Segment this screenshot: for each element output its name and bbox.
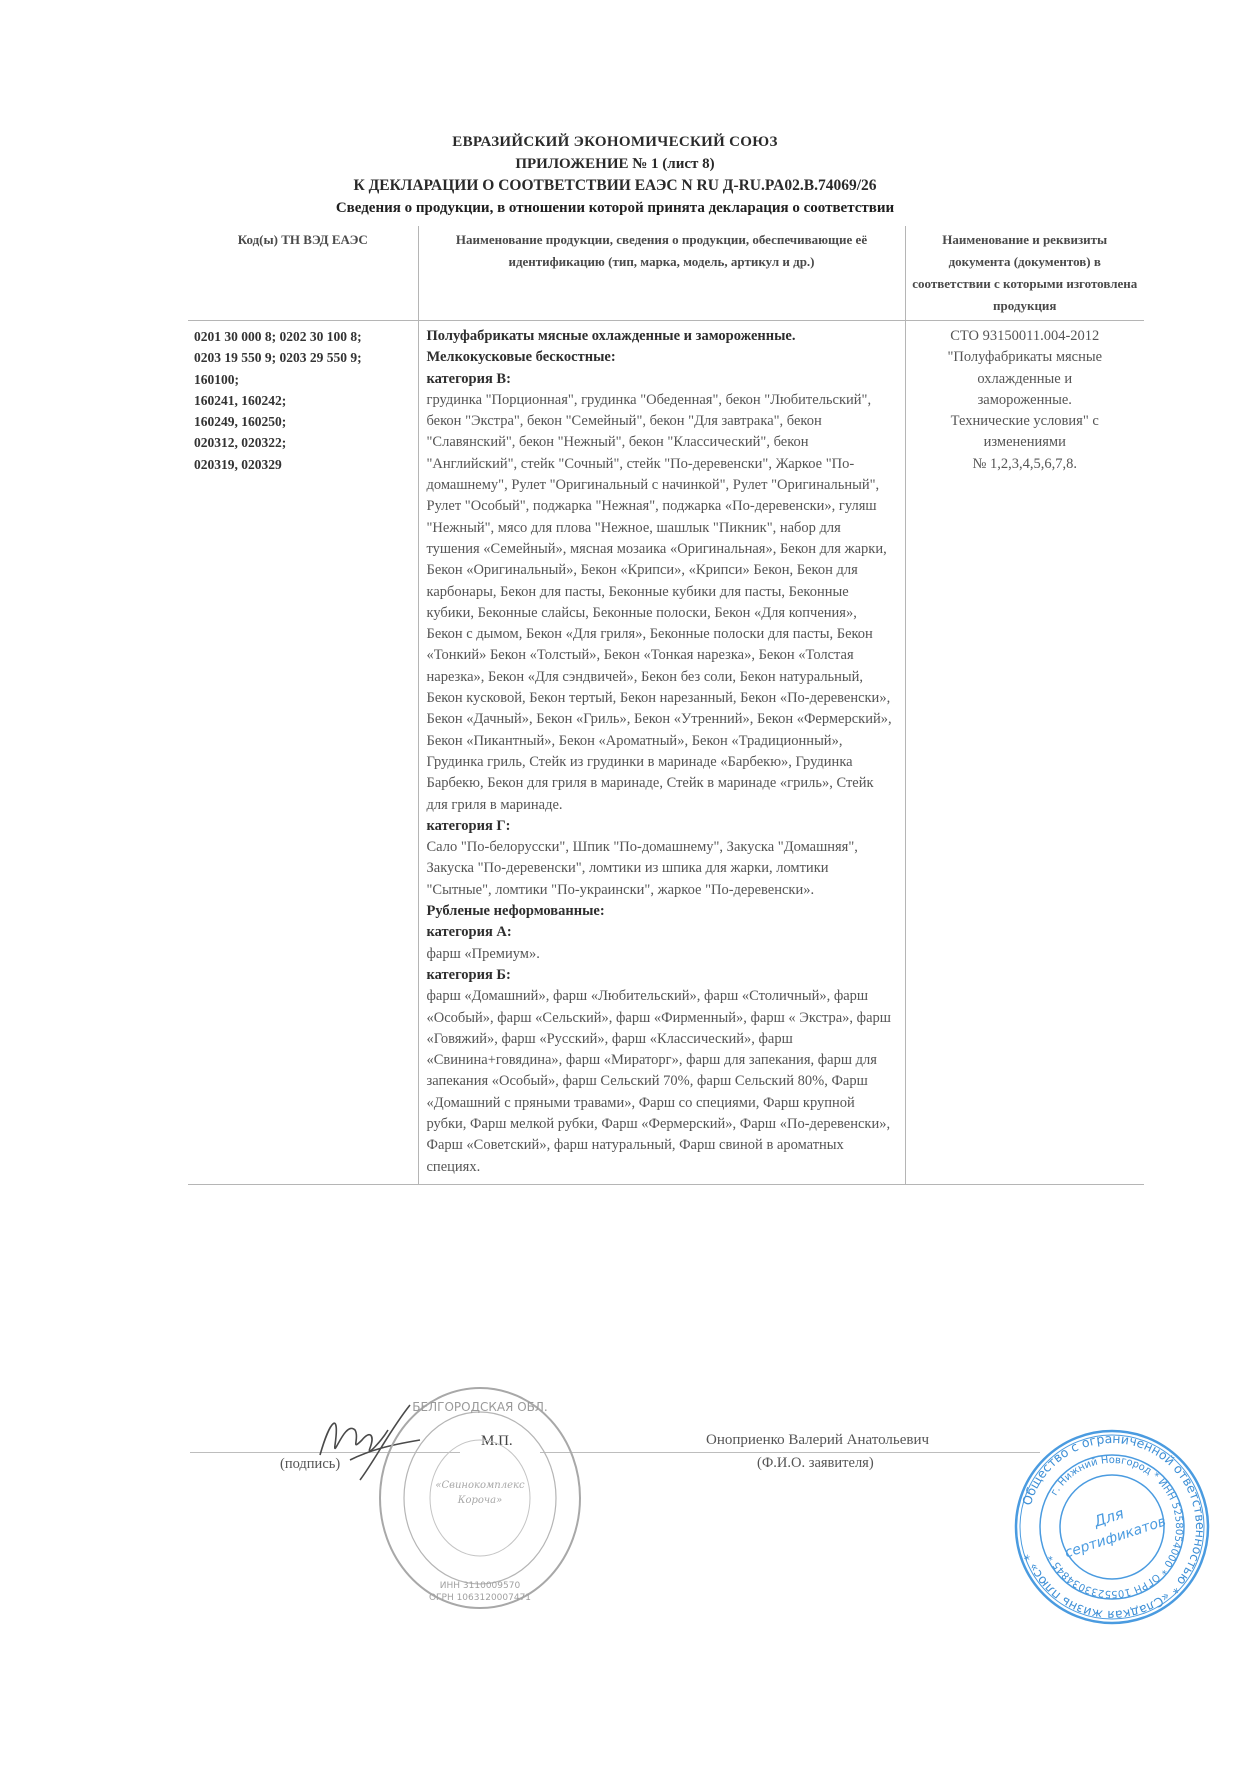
applicant-caption: (Ф.И.О. заявителя) xyxy=(757,1455,874,1472)
standard-line: замороженные. xyxy=(912,390,1139,411)
products-table: Код(ы) ТН ВЭД ЕАЭС Наименование продукци… xyxy=(188,226,1144,1185)
standard-line: изменениями xyxy=(912,432,1139,453)
column-header-product: Наименование продукции, сведения о проду… xyxy=(418,226,905,321)
category-items: грудинка "Порционная", грудинка "Обеденн… xyxy=(427,390,897,816)
table-header-row: Код(ы) ТН ВЭД ЕАЭС Наименование продукци… xyxy=(188,226,1144,321)
section-heading: Мелкокусковые бескостные: xyxy=(427,347,897,368)
category-label: категория В: xyxy=(427,369,897,390)
hs-code-line: 020319, 020329 xyxy=(194,454,412,475)
svg-text:Короча»: Короча» xyxy=(457,1495,502,1506)
name-line xyxy=(540,1452,1040,1453)
product-title: Полуфабрикаты мясные охлажденные и замор… xyxy=(427,326,897,347)
svg-text:ИНН 3110009570: ИНН 3110009570 xyxy=(440,1581,521,1591)
standard-line: охлажденные и xyxy=(912,369,1139,390)
company-seal-icon: БЕЛГОРОДСКАЯ ОБЛ. «Свинокомплекс Короча»… xyxy=(375,1383,585,1613)
standard-line: Технические условия" с xyxy=(912,411,1139,432)
hs-code-line: 020312, 020322; xyxy=(194,432,412,453)
hs-code-line: 160249, 160250; xyxy=(194,411,412,432)
certificates-stamp-icon: Общество с ограниченной ответственностью… xyxy=(1012,1427,1212,1627)
hs-code-line: 0203 19 550 9; 0203 29 550 9; xyxy=(194,347,412,368)
category-items: фарш «Премиум». xyxy=(427,944,897,965)
section-heading: Рубленые неформованные: xyxy=(427,901,897,922)
product-description-cell: Полуфабрикаты мясные охлажденные и замор… xyxy=(418,321,905,1185)
applicant-name: Оноприенко Валерий Анатольевич xyxy=(706,1432,929,1449)
svg-text:БЕЛГОРОДСКАЯ ОБЛ.: БЕЛГОРОДСКАЯ ОБЛ. xyxy=(412,1400,547,1414)
document-header: ЕВРАЗИЙСКИЙ ЭКОНОМИЧЕСКИЙ СОЮЗ ПРИЛОЖЕНИ… xyxy=(190,131,1040,219)
category-items: фарш «Домашний», фарш «Любительский», фа… xyxy=(427,986,897,1178)
table-row: 0201 30 000 8; 0202 30 100 8; 0203 19 55… xyxy=(188,321,1144,1185)
declaration-number: К ДЕКЛАРАЦИИ О СООТВЕТСТВИИ ЕАЭС N RU Д-… xyxy=(190,175,1040,197)
hs-code-line: 160241, 160242; xyxy=(194,390,412,411)
section-subtitle: Сведения о продукции, в отношении которо… xyxy=(190,197,1040,219)
svg-text:«Свинокомплекс: «Свинокомплекс xyxy=(435,1480,525,1491)
svg-text:ОГРН 1063120007471: ОГРН 1063120007471 xyxy=(429,1593,531,1603)
category-label: категория Б: xyxy=(427,965,897,986)
appendix-title: ПРИЛОЖЕНИЕ № 1 (лист 8) xyxy=(190,153,1040,175)
hs-codes-cell: 0201 30 000 8; 0202 30 100 8; 0203 19 55… xyxy=(188,321,418,1185)
standard-line: "Полуфабрикаты мясные xyxy=(912,347,1139,368)
column-header-standard: Наименование и реквизиты документа (доку… xyxy=(905,226,1144,321)
union-title: ЕВРАЗИЙСКИЙ ЭКОНОМИЧЕСКИЙ СОЮЗ xyxy=(190,131,1040,153)
declaration-page: ЕВРАЗИЙСКИЙ ЭКОНОМИЧЕСКИЙ СОЮЗ ПРИЛОЖЕНИ… xyxy=(0,0,1236,1776)
standard-cell: СТО 93150011.004-2012 "Полуфабрикаты мяс… xyxy=(905,321,1144,1185)
category-label: категория А: xyxy=(427,922,897,943)
hs-code-line: 160100; xyxy=(194,369,412,390)
category-label: категория Г: xyxy=(427,816,897,837)
hs-code-line: 0201 30 000 8; 0202 30 100 8; xyxy=(194,326,412,347)
standard-line: № 1,2,3,4,5,6,7,8. xyxy=(912,454,1139,475)
category-items: Сало "По-белорусски", Шпик "По-домашнему… xyxy=(427,837,897,901)
standard-line: СТО 93150011.004-2012 xyxy=(912,326,1139,347)
column-header-codes: Код(ы) ТН ВЭД ЕАЭС xyxy=(188,226,418,321)
